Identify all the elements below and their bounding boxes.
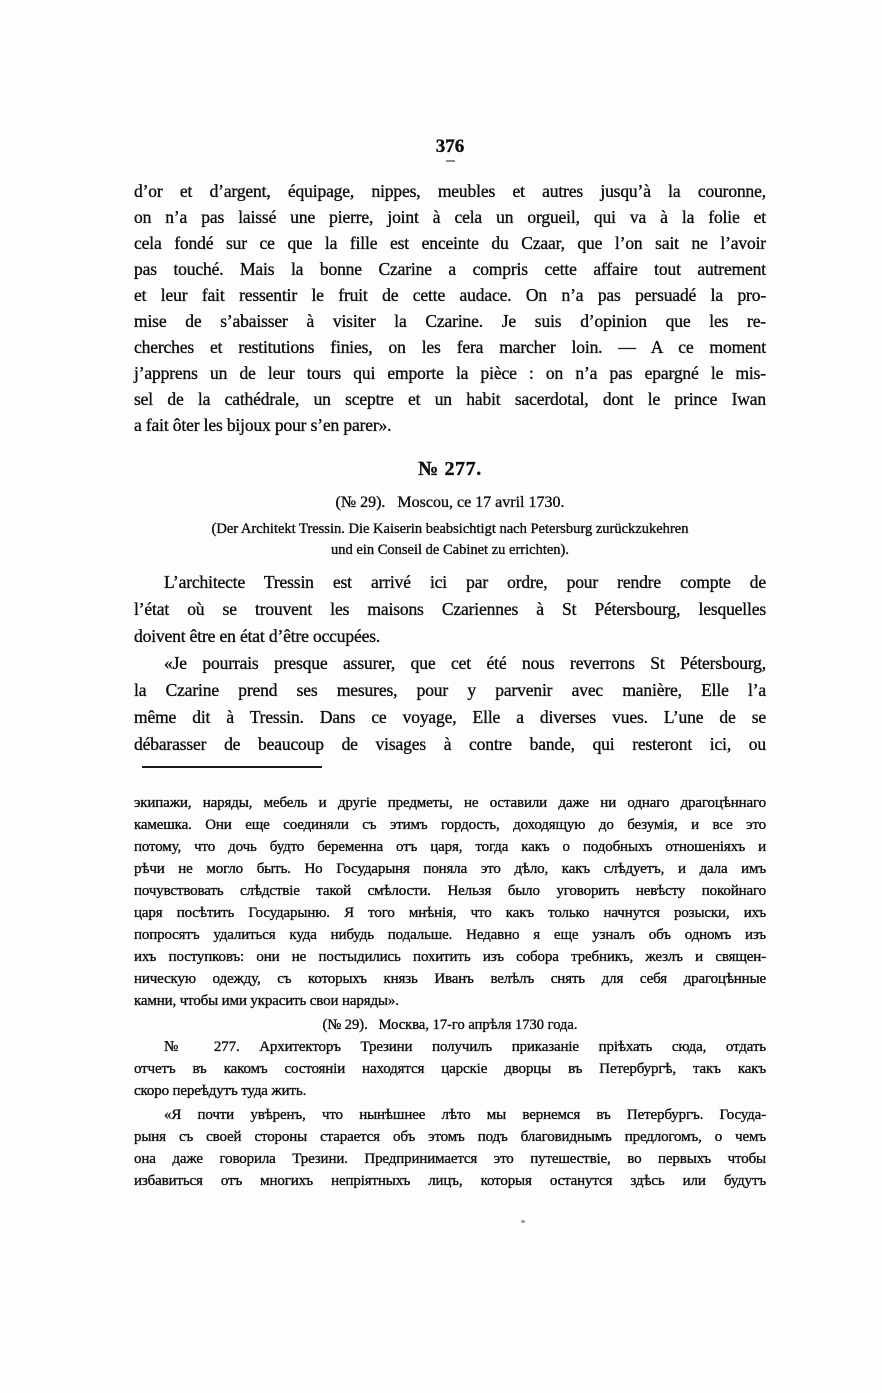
page-number: 376: [134, 136, 766, 158]
text-line: царя посѣтить Государыню. Я того мнѣнія,…: [134, 902, 766, 924]
text-line: № 277. Архитекторъ Трезини получилъ прик…: [134, 1036, 766, 1058]
text-line: pas touché. Mais la bonne Czarine a comp…: [134, 256, 766, 282]
text-line: und ein Conseil de Cabinet zu errichten)…: [134, 540, 766, 561]
text-line: камешка. Они еще соединяли съ этимъ горд…: [134, 814, 766, 836]
text-line: потому, что дочь будто беременна отъ цар…: [134, 836, 766, 858]
text-line: même dit à Tressin. Dans ce voyage, Elle…: [134, 704, 766, 731]
text-line: d’or et d’argent, équipage, nippes, meub…: [134, 178, 766, 204]
text-line: la Czarine prend ses mesures, pour y par…: [134, 677, 766, 704]
text-line: скоро переѣдутъ туда жить.: [134, 1080, 766, 1102]
text-line: sel de la cathédrale, un sceptre et un h…: [134, 386, 766, 412]
text-line: «Je pourrais presque assurer, que cet ét…: [134, 650, 766, 677]
text-line: débarasser de beaucoup de visages à cont…: [134, 731, 766, 758]
text-line: рыня съ своей стороны старается объ этом…: [134, 1126, 766, 1148]
entry-dateline: (№ 29). Moscou, ce 17 avril 1730.: [134, 492, 766, 514]
text-line: почувствовать слѣдствіе такой смѣлости. …: [134, 880, 766, 902]
text-line: экипажи, наряды, мебель и другіе предмет…: [134, 792, 766, 814]
text-line: ническую одежду, съ которыхъ князь Иванъ…: [134, 968, 766, 990]
text-line: L’architecte Tressin est arrivé ici par …: [134, 569, 766, 596]
footnote-separator-rule: [142, 766, 322, 768]
footnote-block: экипажи, наряды, мебель и другіе предмет…: [134, 792, 766, 1192]
french-paragraph-3: «Je pourrais presque assurer, que cet ét…: [134, 650, 766, 758]
text-line: отчетъ въ какомъ состояніи находятся цар…: [134, 1058, 766, 1080]
page-number-dash-mark: [446, 160, 455, 162]
text-line: рѣчи не могло быть. Но Государыня поняла…: [134, 858, 766, 880]
text-line: on n’a pas laissé une pierre, joint à ce…: [134, 204, 766, 230]
text-line: a fait ôter les bijoux pour s’en parer».: [134, 412, 766, 438]
text-line: cherches et restitutions finies, on les …: [134, 334, 766, 360]
text-line: mise de s’abaisser à visiter la Czarine.…: [134, 308, 766, 334]
text-line: cela fondé sur ce que la fille est encei…: [134, 230, 766, 256]
russian-footnote-paragraph-2: № 277. Архитекторъ Трезини получилъ прик…: [134, 1036, 766, 1102]
text-line: (Der Architekt Tressin. Die Kaiserin bea…: [134, 519, 766, 540]
french-paragraph-continued: d’or et d’argent, équipage, nippes, meub…: [134, 178, 766, 438]
russian-dateline: (№ 29). Москва, 17-го апрѣля 1730 года.: [134, 1014, 766, 1036]
text-line: камни, чтобы ими украсить свои наряды».: [134, 990, 766, 1012]
text-line: j’apprens un de leur tours qui emporte l…: [134, 360, 766, 386]
text-line: «Я почти увѣренъ, что нынѣшнее лѣто мы в…: [134, 1104, 766, 1126]
text-line: ихъ поступковъ: они не постыдились похит…: [134, 946, 766, 968]
text-line: она даже говорила Трезини. Предпринимает…: [134, 1148, 766, 1170]
book-page: 376 d’or et d’argent, équipage, nippes, …: [134, 136, 766, 1192]
text-line: попросятъ удалиться куда нибудь подальше…: [134, 924, 766, 946]
russian-footnote-paragraph-3: «Я почти увѣренъ, что нынѣшнее лѣто мы в…: [134, 1104, 766, 1192]
scan-speck-mark: [521, 1220, 525, 1223]
entry-number-heading: № 277.: [134, 456, 766, 482]
main-text-block: d’or et d’argent, équipage, nippes, meub…: [134, 178, 766, 758]
text-line: doivent être en état d’être occupées.: [134, 623, 766, 650]
text-line: et leur fait ressentir le fruit de cette…: [134, 282, 766, 308]
german-summary-note: (Der Architekt Tressin. Die Kaiserin bea…: [134, 519, 766, 561]
text-line: l’état où se trouvent les maisons Czarie…: [134, 596, 766, 623]
text-line: избавиться отъ многихъ непріятныхъ лицъ,…: [134, 1170, 766, 1192]
french-paragraph-2: L’architecte Tressin est arrivé ici par …: [134, 569, 766, 650]
russian-footnote-paragraph-1: экипажи, наряды, мебель и другіе предмет…: [134, 792, 766, 1012]
